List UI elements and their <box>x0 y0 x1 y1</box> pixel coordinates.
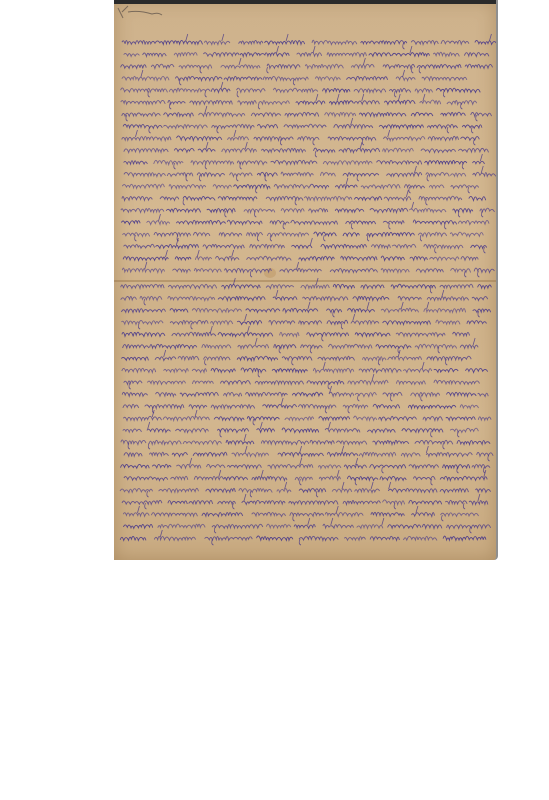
handwriting-line <box>120 530 486 545</box>
handwriting-line <box>122 34 496 49</box>
handwriting-line <box>124 142 489 157</box>
handwriting-line <box>123 398 479 413</box>
handwriting-line <box>123 506 478 521</box>
handwriting-line <box>121 58 493 73</box>
handwriting-line <box>122 106 492 121</box>
handwriting-line <box>123 518 490 533</box>
handwriting-line <box>123 118 482 133</box>
handwriting-line <box>122 178 478 193</box>
handwriting-line <box>123 410 491 425</box>
handwriting-line <box>121 82 481 97</box>
handwriting-line <box>122 130 480 145</box>
handwriting-line <box>122 386 488 401</box>
handwriting-line <box>122 494 488 509</box>
handwriting-line <box>121 434 490 449</box>
handwriting-line <box>124 238 487 253</box>
handwriting-line <box>121 302 490 317</box>
handwriting-line <box>122 262 494 277</box>
handwriting-line <box>124 446 493 461</box>
handwriting-line <box>123 232 484 241</box>
handwriting-line <box>122 326 470 341</box>
handwriting-line <box>122 190 486 205</box>
letter-page <box>114 0 498 560</box>
handwriting-line <box>124 470 487 485</box>
handwriting-line <box>121 350 471 365</box>
handwriting-line <box>122 70 467 85</box>
handwriting-line <box>121 278 492 293</box>
handwriting-line <box>124 374 480 389</box>
handwriting-line <box>123 250 478 261</box>
header-mark <box>118 6 162 18</box>
handwriting-line <box>124 166 496 181</box>
handwriting-line <box>121 458 491 473</box>
handwriting-line <box>122 362 488 377</box>
handwriting-line <box>121 214 489 229</box>
handwriting-line <box>120 482 491 497</box>
handwriting-line <box>123 338 479 353</box>
handwriting-line <box>121 202 495 217</box>
handwriting-line <box>121 290 488 305</box>
handwriting-line <box>122 314 487 329</box>
handwriting-line <box>124 46 489 57</box>
handwriting-line <box>121 94 477 109</box>
handwriting-line <box>123 422 479 437</box>
handwriting-line <box>124 154 485 169</box>
handwritten-text <box>114 0 496 560</box>
